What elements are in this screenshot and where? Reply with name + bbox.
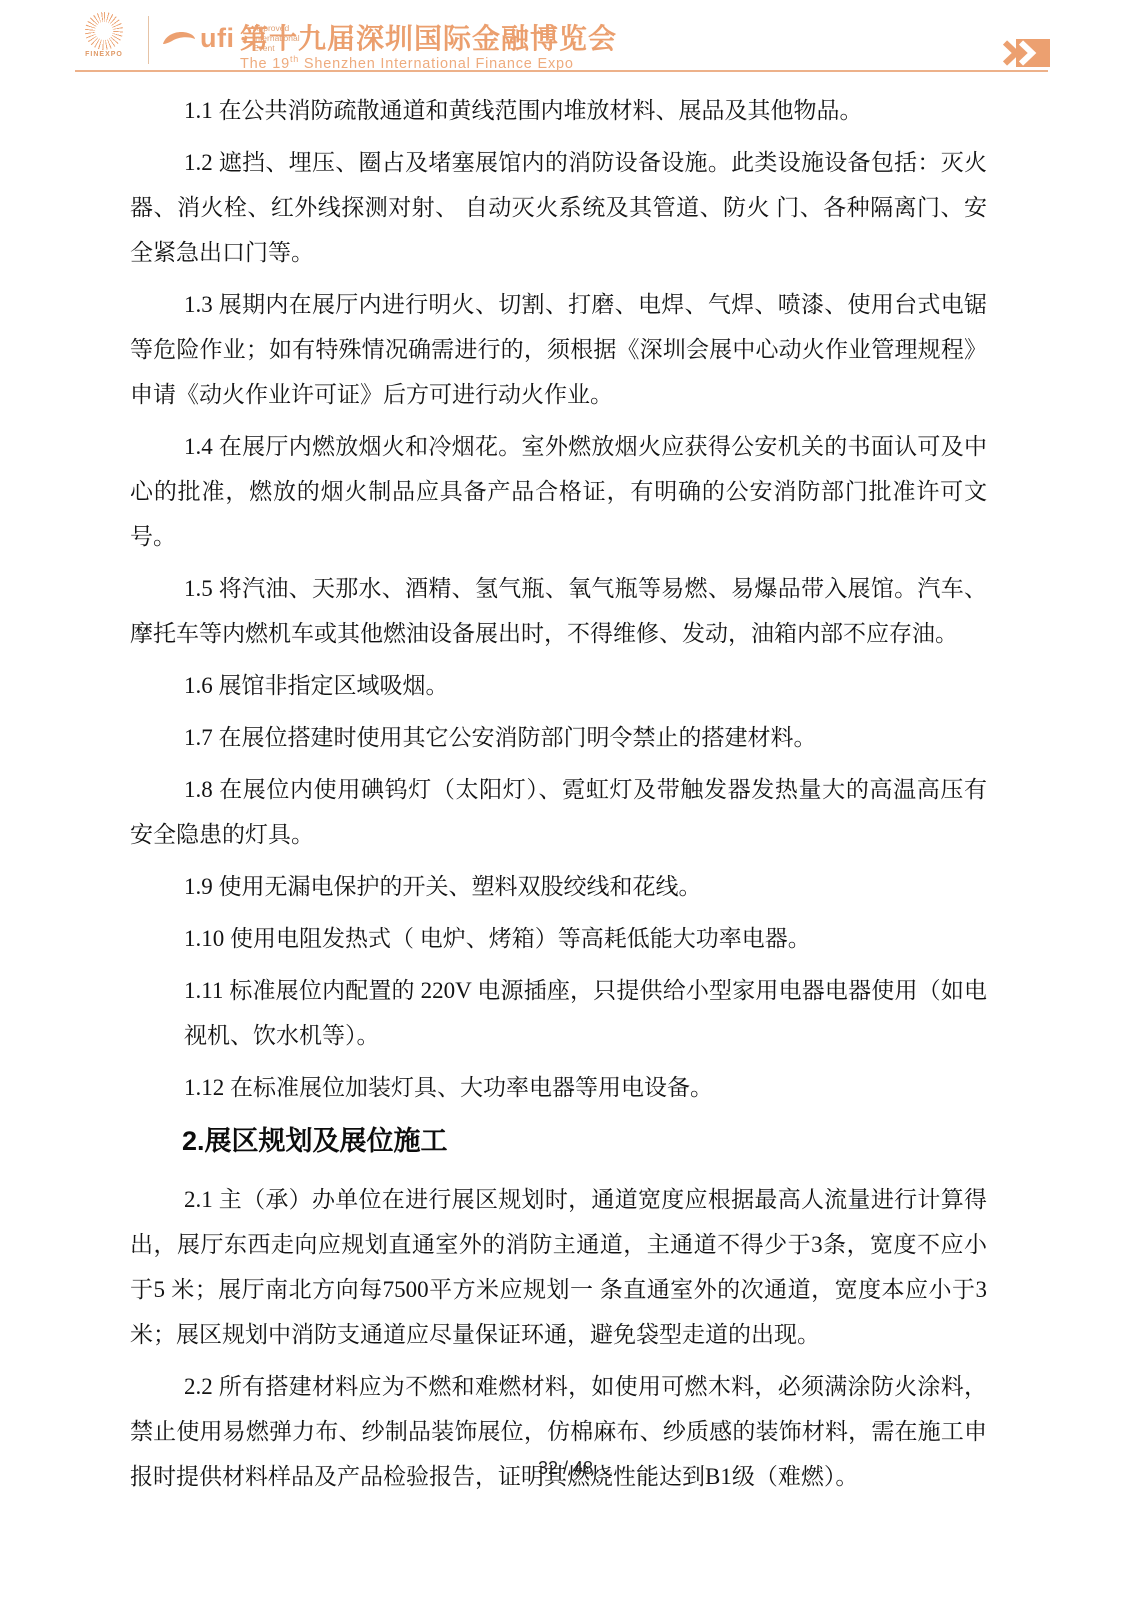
finexpo-logo-label: FINEXPO [72,51,136,58]
paragraph-1-6: 1.6 展馆非指定区域吸烟。 [130,663,987,708]
paragraph-1-5: 1.5 将汽油、天那水、酒精、氢气瓶、氧气瓶等易燃、易爆品带入展馆。汽车、摩托车… [130,566,987,656]
header-rule [75,70,1048,72]
document-page: FINEXPO ufi · Approved International Eve… [0,0,1131,1600]
paragraph-2-1: 2.1 主（承）办单位在进行展区规划时，通道宽度应根据最高人流量进行计算得出，展… [130,1177,987,1357]
expo-title-block: 第十九届深圳国际金融博览会 The 19th Shenzhen Internat… [240,24,617,72]
paragraph-1-12: 1.12 在标准展位加装灯具、大功率电器等用电设备。 [130,1065,987,1110]
page-header: FINEXPO ufi · Approved International Eve… [0,0,1131,74]
logo-divider [148,16,149,64]
paragraph-1-3: 1.3 展期内在展厅内进行明火、切割、打磨、电焊、气焊、喷漆、使用台式电锯等危险… [130,282,987,417]
page-number: 32 / 48 [538,1458,593,1478]
paragraph-1-9: 1.9 使用无漏电保护的开关、塑料双股绞线和花线。 [130,864,987,909]
ufi-logo-name: ufi [200,25,235,52]
section-heading: 2.展区规划及展位施工 [130,1119,987,1164]
document-body: 1.1 在公共消防疏散通道和黄线范围内堆放材料、展品及其他物品。 1.2 遮挡、… [130,88,987,1506]
ufi-swoosh-icon [162,29,196,49]
paragraph-1-11: 1.11 标准展位内配置的 220V 电源插座，只提供给小型家用电器电器使用（如… [130,968,987,1058]
expo-title-cn: 第十九届深圳国际金融博览会 [240,24,617,53]
paragraph-1-1: 1.1 在公共消防疏散通道和黄线范围内堆放材料、展品及其他物品。 [130,88,987,133]
paragraph-1-8: 1.8 在展位内使用碘钨灯（太阳灯）、霓虹灯及带触发器发热量大的高温高压有安全隐… [130,767,987,857]
paragraph-1-2: 1.2 遮挡、埋压、圈占及堵塞展馆内的消防设备设施。此类设施设备包括：灭火器、消… [130,140,987,275]
paragraph-1-7: 1.7 在展位搭建时使用其它公安消防部门明令禁止的搭建材料。 [130,715,987,760]
paragraph-1-10: 1.10 使用电阻发热式（ 电炉、烤箱）等高耗低能大功率电器。 [130,916,987,961]
paragraph-1-4: 1.4 在展厅内燃放烟火和冷烟花。室外燃放烟火应获得公安机关的书面认可及中心的批… [130,424,987,559]
page-footer: 32 / 48 [0,1458,1131,1479]
sunburst-icon [85,12,123,50]
expo-title-en-ordinal: th [290,54,299,64]
double-chevron-icon [1002,39,1050,67]
finexpo-logo: FINEXPO [72,12,136,58]
